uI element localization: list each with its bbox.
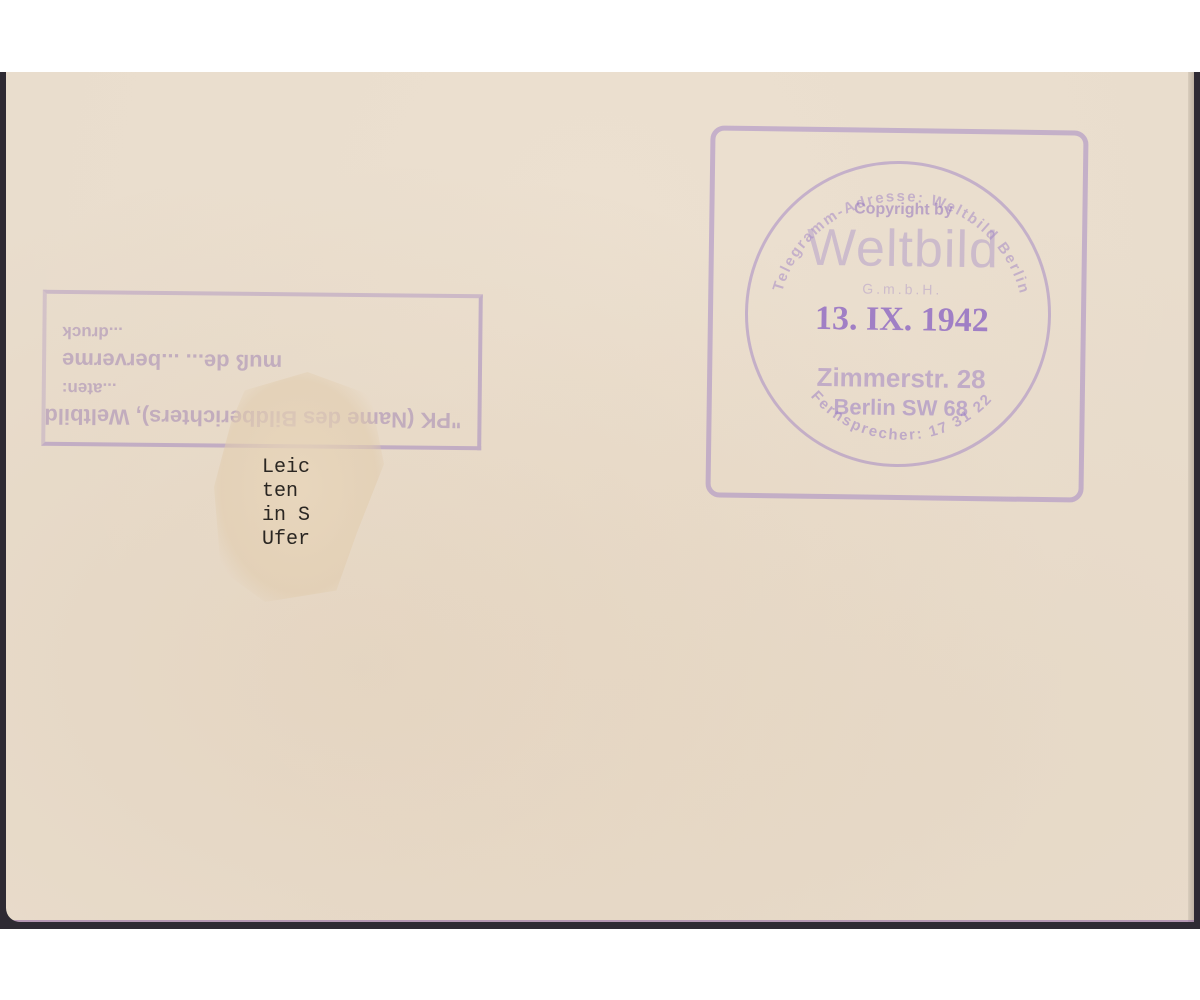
card-bottom-edge: [6, 920, 1194, 922]
typed-line: ten: [262, 480, 310, 504]
press-stamp-line: ...druck: [62, 318, 462, 350]
stamp-street: Zimmerstr. 28: [712, 360, 1090, 396]
photo-card: "PK (Name des Bildberichters), Weltbild …: [6, 72, 1194, 922]
typed-line: in S: [262, 504, 310, 528]
press-stamp-line: muß de... ...berverme: [62, 346, 462, 378]
typed-line: Leic: [262, 456, 310, 480]
photo-back-scan: "PK (Name des Bildberichters), Weltbild …: [0, 72, 1200, 929]
stamp-center-text: Copyright by Weltbild G.m.b.H. 13. IX. 1…: [716, 130, 1094, 135]
stamp-date: 13. IX. 1942: [713, 298, 1091, 341]
typed-line: Ufer: [262, 528, 310, 552]
stamp-city: Berlin SW 68: [712, 392, 1090, 423]
card-right-edge: [1188, 72, 1194, 922]
typewritten-caption: Leic ten in S Ufer: [262, 456, 310, 552]
brand-name: Weltbild: [714, 216, 1093, 281]
weltbild-copyright-stamp: Telegramm-Adresse: Weltbild Berlin Ferns…: [705, 125, 1088, 502]
